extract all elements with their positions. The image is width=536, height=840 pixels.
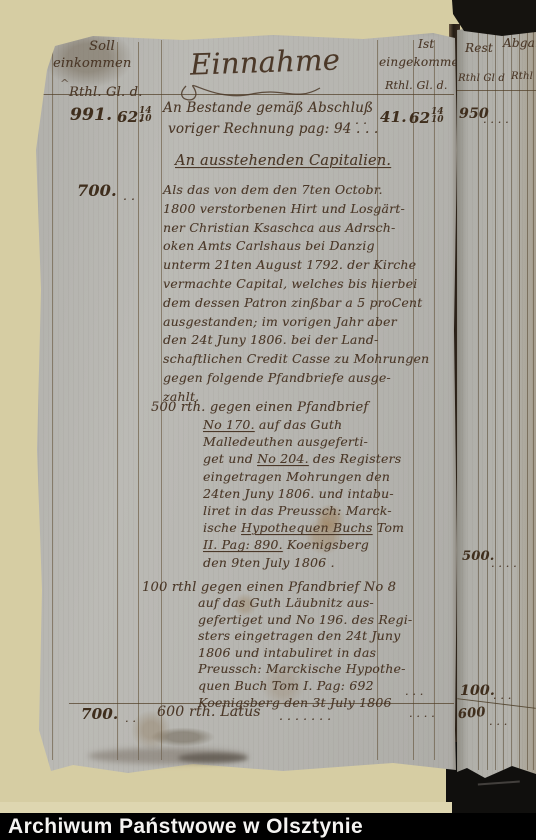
manuscript-line: II. Pag: 890. Koenigsberg [203,536,413,553]
manuscript-line: vermachte Capital, welches bis hierbei [163,275,413,294]
manuscript-line: oken Amts Carlshaus bei Danzig [163,237,413,256]
balance-soll-fraction: 14 10 [139,107,152,123]
header-units-left: Rthl. Gl. d. [69,86,142,101]
dots: . . . [493,690,511,703]
column-rule [413,40,414,760]
manuscript-line: schaftlichen Credit Casse zu Mohrungen [163,350,413,369]
manuscript-line: gefertiget und No 196. des Regi- [198,612,413,629]
header-rule [457,90,536,91]
column-rule [511,30,512,770]
manuscript-line: Preussch: Marckische Hypothe- [198,661,413,678]
manuscript-line: 1800 verstorbenen Hirt und Losgärt- [163,200,413,219]
insertion-mark: ^ [60,78,69,91]
next-page-edge: Rest Abgang Rthl Gl d Rthl G 950 . . . .… [457,26,536,792]
column-rule [138,42,139,760]
column-rule [503,30,504,770]
column-rule [495,30,496,770]
manuscript-line: ausgestanden; im vorigen Jahr aber [163,313,413,332]
manuscript-line: Als das von dem den 7ten Octobr. [163,181,413,200]
header-units-right: Rthl. Gl. d. [385,80,448,93]
ref-number: No 170. [203,417,255,432]
manuscript-line: No 170. auf das Guth [203,416,413,433]
manuscript-line: 1806 und intabuliret in das [198,645,413,662]
torn-edge-smudge [178,753,248,763]
dots: . . . . [491,558,517,571]
manuscript-text: get und [203,451,257,466]
ledger-page: x Soll einkommen ^ Rthl. Gl. d. Einnahme… [33,30,457,775]
manuscript-line: 24ten Juny 1806. und intabu- [203,485,413,502]
manuscript-line: Malledeuthen ausgeferti- [203,433,413,450]
fraction-denominator: 10 [139,115,152,123]
value-100: 100. [460,683,495,699]
corner-mark: x [40,42,47,56]
column-rule [117,42,118,760]
manuscript-text: ische [203,520,241,535]
header-soll: Soll [89,40,115,55]
manuscript-line: den 9ten July 1806 . [203,554,413,571]
value-600: 600 [457,706,486,723]
item100-body: auf das Guth Läubnitz aus- gefertiget un… [198,595,413,711]
manuscript-text: auf das Guth [255,417,343,432]
value-500: 500. [462,550,494,565]
page-title: Einnahme [189,43,340,82]
dots: . . . [489,716,507,729]
header-units: Rthl G [511,71,536,83]
archive-caption-bar: Archiwum Państwowe w Olsztynie [0,813,536,840]
header-rest: Rest [465,42,493,56]
manuscript-line: eingetragen Mohrungen den [203,468,413,485]
manuscript-line: gegen folgende Pfandbriefe ausge- [163,369,413,388]
manuscript-line: ische Hypothequen Buchs Tom [203,519,413,536]
header-abgang: Abgang [503,37,536,51]
column-rule [478,30,479,770]
header-units: Rthl Gl d [458,73,505,85]
latus-soll: 700. [81,706,118,723]
scan-bed-band [0,802,452,813]
dots: . . . . [483,114,509,127]
balance-leader-dots: . . . . [339,114,367,128]
header-eingekommen: eingekommen [379,56,467,70]
manuscript-text: Tom [373,520,405,535]
column-rule [533,30,534,770]
column-rule [52,42,53,760]
manuscript-line: auf das Guth Läubnitz aus- [198,595,413,612]
item100-head: 100 rthl gegen einen Pfandbrief No 8 [142,581,396,596]
manuscript-line: dem dessen Patron zinßbar a 5 proCent [163,294,413,313]
manuscript-text: Koenigsberg [283,537,369,552]
item500-body: No 170. auf das Guth Malledeuthen ausgef… [203,416,413,571]
balance-ist-fraction: 14 10 [431,108,444,124]
section-heading: An ausstehenden Capitalien. [175,153,391,170]
manuscript-line: den 24t Juny 1806. bei der Land- [163,331,413,350]
manuscript-line: liret in das Preussch: Marck- [203,502,413,519]
manuscript-line: ner Christian Ksaschca aus Adrsch- [163,219,413,238]
manuscript-line: quen Buch Tom I. Pag: 692 [198,678,413,695]
manuscript-text: des Registers [309,451,402,466]
entry-amount-700: 700. [77,182,117,200]
archive-caption-text: Archiwum Państwowe w Olsztynie [8,813,363,840]
archive-scan: x Soll einkommen ^ Rthl. Gl. d. Einnahme… [0,0,536,840]
right-column-dots: . . . [405,686,423,699]
column-rule [519,30,520,770]
latus-dots-trail: . . . . . . . [279,710,331,724]
balance-ist-rthl: 41. [380,109,407,126]
header-soll-einkommen: einkommen [53,57,131,72]
manuscript-line: get und No 204. des Registers [203,450,413,467]
entry-paragraph: Als das von dem den 7ten Octobr. 1800 ve… [163,181,413,407]
header-ist: Ist [418,38,434,52]
latus-text: 600 rth. Latus [157,704,261,720]
item500-head: 500 rth. gegen einen Pfandbrief [151,401,368,416]
right-column-dots: . . . . [409,708,435,721]
column-rule [434,40,435,760]
ref-number: No 204. [257,451,309,466]
manuscript-line: sters eingetragen den 24t Juny [198,628,413,645]
manuscript-line: unterm 21ten August 1792. der Kirche [163,256,413,275]
entry-dots: . . [123,190,135,204]
register-reference: Hypothequen Buchs [241,520,373,535]
column-rule [527,30,528,770]
fraction-denominator: 10 [431,116,444,124]
column-rule [487,30,488,770]
balance-ist-gl: 62 [409,110,430,127]
balance-soll-rthl: 991. [70,106,112,126]
page-reference: II. Pag: 890. [203,537,283,552]
latus-dots-left: . . [125,713,136,726]
